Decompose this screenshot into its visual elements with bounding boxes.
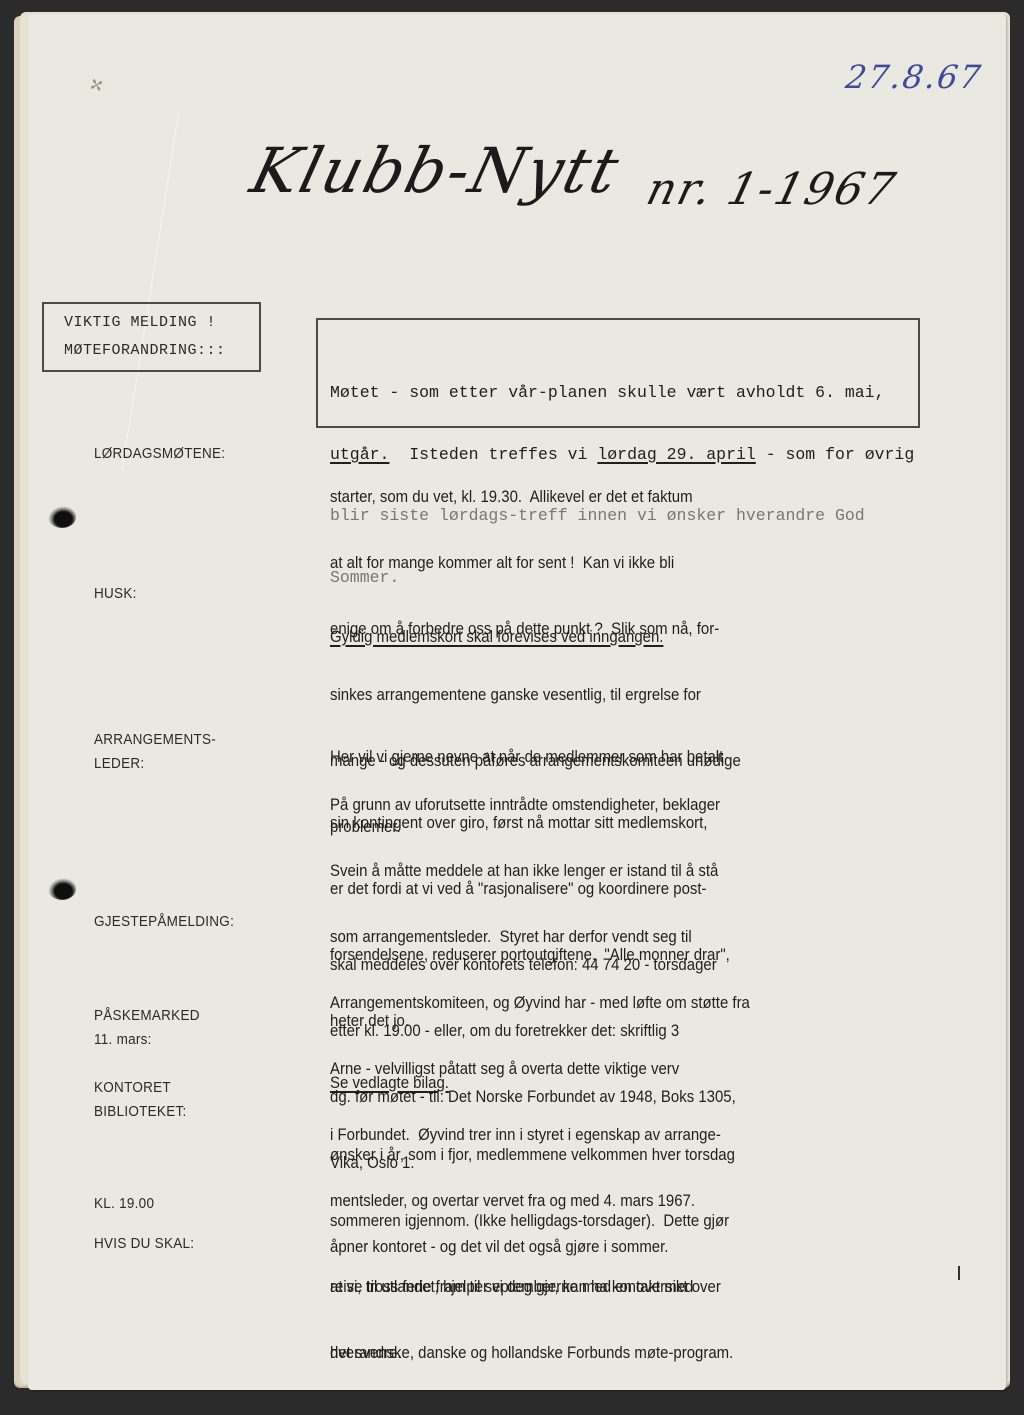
body-line: at alt for mange kommer alt for sent ! K… (330, 552, 876, 574)
label-line: LEDER: (94, 752, 216, 776)
issue-number: nr. 1-1967 (642, 164, 902, 215)
body-line: På grunn av uforutsette inntrådte omsten… (330, 794, 876, 816)
husk-heading: Gyldig medlemskort skal forevises ved in… (330, 626, 876, 648)
date-stamp: 27.8.67 (843, 58, 984, 96)
attachment-note: Se vedlagte bilag. (330, 1073, 449, 1092)
section-body-hvis-du-skal: reise til utlandet, hjelper vi deg gjern… (330, 1232, 876, 1408)
corner-mark-icon: ✢ (84, 70, 108, 99)
section-label-hvis-du-skal: HVIS DU SKAL: (94, 1232, 194, 1256)
body-line: skal meddeles over kontorets telefon: 44… (330, 954, 876, 976)
notice-label-line1: VIKTIG MELDING ! (64, 314, 216, 331)
fold-line (122, 114, 179, 470)
body-line: Se vedlagte bilag. (330, 1072, 876, 1094)
body-line: starter, som du vet, kl. 19.30. Allikeve… (330, 486, 876, 508)
punch-hole (48, 506, 76, 528)
section-label-paskemarked: PÅSKEMARKED 11. mars: (94, 1004, 200, 1052)
notice-label-line2: MØTEFORANDRING::: (64, 342, 226, 359)
body-line: reise til utlandet, hjelper vi deg gjern… (330, 1276, 876, 1298)
document-page: ✢ 27.8.67 Klubb-Nytt nr. 1-1967 VIKTIG M… (28, 14, 1006, 1390)
punch-hole (48, 878, 76, 900)
section-label-lordagsmotene: LØRDAGSMØTENE: (94, 442, 225, 466)
notice-line: Møtet - som etter vår-planen skulle vært… (330, 383, 914, 404)
section-label-husk: HUSK: (94, 582, 137, 606)
label-line: PÅSKEMARKED (94, 1004, 200, 1028)
husk-heading-text: Gyldig medlemskort skal forevises ved in… (330, 627, 663, 646)
notice-box: Møtet - som etter vår-planen skulle vært… (316, 318, 920, 428)
section-label-arrangementsleder: ARRANGEMENTS- LEDER: (94, 728, 216, 776)
label-line: KONTORET (94, 1076, 187, 1100)
body-line: Svein å måtte meddele at han ikke lenger… (330, 860, 876, 882)
label-line: 11. mars: (94, 1028, 200, 1052)
body-line: ønsker i år, som i fjor, medlemmene velk… (330, 1144, 876, 1166)
section-label-gjestepamelding: GJESTEPÅMELDING: (94, 910, 234, 934)
label-line: BIBLIOTEKET: (94, 1100, 187, 1124)
notice-label-box: VIKTIG MELDING ! MØTEFORANDRING::: (42, 302, 261, 372)
newsletter-title: Klubb-Nytt (244, 134, 628, 207)
body-line: det svenske, danske og hollandske Forbun… (330, 1342, 876, 1364)
label-line: ARRANGEMENTS- (94, 728, 216, 752)
margin-tick-mark (958, 1266, 960, 1280)
section-label-kontoret-biblioteket: KONTORET BIBLIOTEKET: (94, 1076, 187, 1124)
section-label-kl: KL. 19.00 (94, 1192, 154, 1216)
